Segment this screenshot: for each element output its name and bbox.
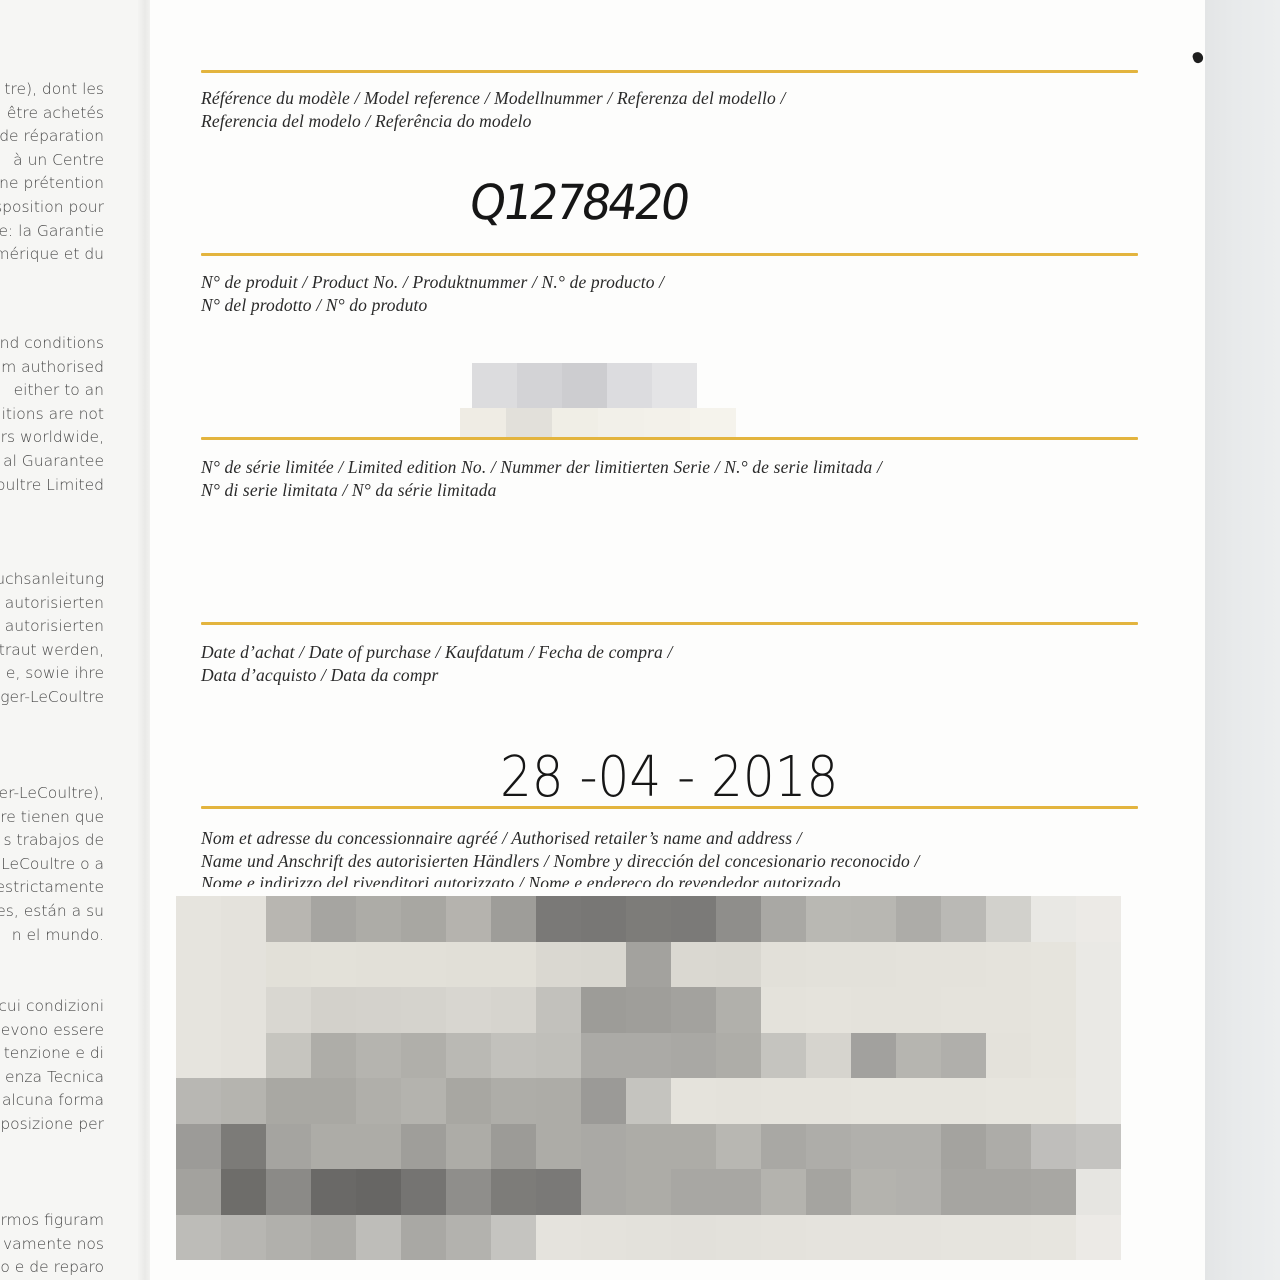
left-page-line: e, sowie ihre xyxy=(0,662,104,686)
redaction-cell xyxy=(806,1078,851,1124)
redaction-cell xyxy=(176,1124,221,1170)
left-page-line: al Guarantee xyxy=(0,450,104,474)
left-page-line: ger-LeCoultre xyxy=(0,686,104,710)
left-page-line: rs worldwide, xyxy=(0,426,104,450)
redaction-cell xyxy=(941,987,986,1033)
left-page-line: estrictamente xyxy=(0,876,104,900)
left-page-line: uchsanleitung xyxy=(0,568,104,592)
redaction-cell xyxy=(581,942,626,988)
left-page-line: re tienen que xyxy=(0,806,104,830)
redaction-cell xyxy=(761,1124,806,1170)
redaction-cell xyxy=(986,896,1031,942)
redaction-cell xyxy=(1076,1078,1121,1124)
redaction-cell xyxy=(607,363,652,408)
redaction-cell xyxy=(491,942,536,988)
redaction-cell xyxy=(221,1033,266,1079)
redaction-cell xyxy=(581,1033,626,1079)
redaction-cell xyxy=(552,408,598,438)
left-page-line: n el mundo. xyxy=(0,924,104,948)
left-page-line: rmos figuram xyxy=(0,1209,104,1233)
redaction-cell xyxy=(806,1169,851,1215)
redaction-cell xyxy=(446,1169,491,1215)
redaction-cell xyxy=(401,1124,446,1170)
redaction-cell xyxy=(986,1033,1031,1079)
redaction-cell xyxy=(311,896,356,942)
redaction-cell xyxy=(986,942,1031,988)
redaction-cell xyxy=(671,896,716,942)
redaction-cell xyxy=(851,1215,896,1261)
left-page-line: ne prétention xyxy=(0,172,104,196)
redaction-cell xyxy=(716,1078,761,1124)
redaction-cell xyxy=(356,1215,401,1261)
model-reference-label: Référence du modèle / Model reference / … xyxy=(201,87,785,132)
redaction-cell xyxy=(1031,942,1076,988)
redaction-cell xyxy=(1076,1215,1121,1261)
redaction-cell xyxy=(266,942,311,988)
redaction-cell xyxy=(671,1033,716,1079)
redaction-cell xyxy=(1076,987,1121,1033)
redaction-cell xyxy=(690,408,736,438)
redaction-cell xyxy=(896,987,941,1033)
redaction-cell xyxy=(806,942,851,988)
redaction-cell xyxy=(986,1124,1031,1170)
redaction-cell xyxy=(401,1215,446,1261)
redaction-cell xyxy=(896,896,941,942)
redaction-cell xyxy=(266,896,311,942)
redaction-cell xyxy=(266,1215,311,1261)
redaction-cell xyxy=(644,408,690,438)
left-page-line: alcuna forma xyxy=(0,1089,104,1113)
redaction-cell xyxy=(221,896,266,942)
redaction-cell xyxy=(221,1169,266,1215)
left-facing-page: tre), dont lesêtre achetésde réparationà… xyxy=(0,0,150,1280)
redaction-cell xyxy=(562,363,607,408)
redaction-cell xyxy=(311,1033,356,1079)
redaction-cell xyxy=(941,1033,986,1079)
limited-edition-label: N° de série limitée / Limited edition No… xyxy=(201,456,882,501)
redaction-cell xyxy=(761,1169,806,1215)
left-page-line: sposition pour xyxy=(0,196,104,220)
redaction-cell xyxy=(716,987,761,1033)
redaction-cell xyxy=(716,1124,761,1170)
redaction-cell xyxy=(221,1124,266,1170)
redaction-cell xyxy=(671,942,716,988)
redaction-cell xyxy=(652,363,697,408)
retailer-redaction xyxy=(176,896,1121,1260)
left-page-paragraph: er-LeCoultre),re tienen ques trabajos de… xyxy=(0,782,104,947)
redaction-cell xyxy=(806,987,851,1033)
product-number-label: N° de produit / Product No. / Produktnum… xyxy=(201,271,664,316)
redaction-cell xyxy=(446,1078,491,1124)
redaction-cell xyxy=(491,1124,536,1170)
left-page-paragraph: cui condizionievono esseretenzione e die… xyxy=(0,995,104,1137)
redaction-cell xyxy=(626,1215,671,1261)
redaction-cell xyxy=(581,1169,626,1215)
left-page-line: à un Centre xyxy=(0,149,104,173)
redaction-cell xyxy=(1031,1033,1076,1079)
left-page-line: LeCoultre o a xyxy=(0,853,104,877)
redaction-cell xyxy=(1031,1169,1076,1215)
left-page-line: mérique et du xyxy=(0,243,104,267)
product-number-redaction xyxy=(472,363,697,408)
left-page-line: tre), dont les xyxy=(0,78,104,102)
redaction-cell xyxy=(266,1033,311,1079)
left-page-line: enza Tecnica xyxy=(0,1066,104,1090)
redaction-cell xyxy=(266,1124,311,1170)
redaction-cell xyxy=(356,896,401,942)
redaction-cell xyxy=(626,1169,671,1215)
model-reference-value[interactable]: Q1278420 xyxy=(466,174,691,231)
left-page-paragraph: rmos figuramvamente noso e de reparo xyxy=(0,1209,104,1280)
redaction-cell xyxy=(761,942,806,988)
redaction-cell xyxy=(716,1033,761,1079)
redaction-cell xyxy=(491,987,536,1033)
redaction-cell xyxy=(761,896,806,942)
redaction-cell xyxy=(356,942,401,988)
redaction-cell xyxy=(506,408,552,438)
redaction-cell xyxy=(1031,1124,1076,1170)
redaction-cell xyxy=(851,1078,896,1124)
redaction-cell xyxy=(806,1124,851,1170)
left-page-line: e: la Garantie xyxy=(0,220,104,244)
redaction-cell xyxy=(356,1033,401,1079)
redaction-cell xyxy=(266,1169,311,1215)
redaction-cell xyxy=(176,1033,221,1079)
retailer-label: Nom et adresse du concessionnaire agréé … xyxy=(201,827,920,887)
redaction-cell xyxy=(626,942,671,988)
redaction-cell xyxy=(896,1078,941,1124)
redaction-cell xyxy=(716,942,761,988)
redaction-cell xyxy=(806,1033,851,1079)
redaction-cell xyxy=(1076,1124,1121,1170)
redaction-cell xyxy=(598,408,644,438)
redaction-cell xyxy=(176,942,221,988)
redaction-cell xyxy=(896,1124,941,1170)
redaction-cell xyxy=(446,1033,491,1079)
redaction-cell xyxy=(581,1215,626,1261)
left-page-paragraph: nd conditionsm authorisedeither to andit… xyxy=(0,332,104,497)
redaction-cell xyxy=(176,1215,221,1261)
left-page-line: evono essere xyxy=(0,1019,104,1043)
left-page-line: s trabajos de xyxy=(0,829,104,853)
redaction-cell xyxy=(581,1078,626,1124)
left-page-line: oultre Limited xyxy=(0,474,104,498)
right-background-edge xyxy=(1205,0,1280,1280)
redaction-cell xyxy=(536,1215,581,1261)
redaction-cell xyxy=(221,1215,266,1261)
redaction-cell xyxy=(401,1078,446,1124)
left-page-line: o e de reparo xyxy=(0,1256,104,1280)
redaction-cell xyxy=(311,1169,356,1215)
rule-top xyxy=(201,70,1138,73)
redaction-cell xyxy=(716,896,761,942)
redaction-cell xyxy=(941,1215,986,1261)
redaction-cell xyxy=(716,1169,761,1215)
redaction-cell xyxy=(176,896,221,942)
redaction-cell xyxy=(941,942,986,988)
left-page-line: either to an xyxy=(0,379,104,403)
redaction-cell xyxy=(581,896,626,942)
redaction-cell xyxy=(311,1215,356,1261)
redaction-cell xyxy=(536,987,581,1033)
redaction-cell xyxy=(491,1033,536,1079)
redaction-cell xyxy=(626,1033,671,1079)
redaction-cell xyxy=(896,1215,941,1261)
redaction-cell xyxy=(401,1169,446,1215)
redaction-cell xyxy=(626,1124,671,1170)
redaction-cell xyxy=(266,987,311,1033)
redaction-cell xyxy=(671,1078,716,1124)
redaction-cell xyxy=(896,942,941,988)
redaction-cell xyxy=(671,1215,716,1261)
redaction-cell xyxy=(446,896,491,942)
redaction-cell xyxy=(581,987,626,1033)
left-page-line: m authorised xyxy=(0,356,104,380)
redaction-cell xyxy=(221,942,266,988)
product-number-redaction-lower xyxy=(460,408,736,438)
left-page-line: posizione per xyxy=(0,1113,104,1137)
redaction-cell xyxy=(446,1215,491,1261)
redaction-cell xyxy=(536,1124,581,1170)
left-page-line: ditions are not xyxy=(0,403,104,427)
redaction-cell xyxy=(941,1124,986,1170)
redaction-cell xyxy=(1076,942,1121,988)
redaction-cell xyxy=(851,1124,896,1170)
redaction-cell xyxy=(311,942,356,988)
redaction-cell xyxy=(941,1078,986,1124)
redaction-cell xyxy=(1031,987,1076,1033)
redaction-cell xyxy=(986,1169,1031,1215)
redaction-cell xyxy=(761,1078,806,1124)
left-page-line: cui condizioni xyxy=(0,995,104,1019)
redaction-cell xyxy=(941,1169,986,1215)
redaction-cell xyxy=(1076,1169,1121,1215)
redaction-cell xyxy=(1076,896,1121,942)
redaction-cell xyxy=(851,1033,896,1079)
redaction-cell xyxy=(806,1215,851,1261)
redaction-cell xyxy=(446,1124,491,1170)
redaction-cell xyxy=(356,987,401,1033)
redaction-cell xyxy=(517,363,562,408)
redaction-cell xyxy=(401,1033,446,1079)
redaction-cell xyxy=(626,987,671,1033)
redaction-cell xyxy=(491,896,536,942)
redaction-cell xyxy=(1031,1078,1076,1124)
redaction-cell xyxy=(851,987,896,1033)
redaction-cell xyxy=(806,896,851,942)
redaction-cell xyxy=(671,1124,716,1170)
redaction-cell xyxy=(851,896,896,942)
redaction-cell xyxy=(716,1215,761,1261)
redaction-cell xyxy=(491,1169,536,1215)
redaction-cell xyxy=(671,1169,716,1215)
redaction-cell xyxy=(491,1215,536,1261)
left-page-line: autorisierten xyxy=(0,615,104,639)
left-page-paragraph: uchsanleitungautorisiertenautorisiertent… xyxy=(0,568,104,710)
redaction-cell xyxy=(446,987,491,1033)
redaction-cell xyxy=(536,942,581,988)
redaction-cell xyxy=(176,987,221,1033)
redaction-cell xyxy=(671,987,716,1033)
left-page-line: vamente nos xyxy=(0,1233,104,1257)
redaction-cell xyxy=(221,1078,266,1124)
redaction-cell xyxy=(176,1169,221,1215)
redaction-cell xyxy=(401,942,446,988)
redaction-cell xyxy=(1031,1215,1076,1261)
redaction-cell xyxy=(311,987,356,1033)
left-page-line: er-LeCoultre), xyxy=(0,782,104,806)
redaction-cell xyxy=(1076,1033,1121,1079)
redaction-cell xyxy=(761,1033,806,1079)
redaction-cell xyxy=(896,1169,941,1215)
redaction-cell xyxy=(401,987,446,1033)
redaction-cell xyxy=(221,987,266,1033)
redaction-cell xyxy=(851,1169,896,1215)
redaction-cell xyxy=(472,363,517,408)
redaction-cell xyxy=(1031,896,1076,942)
rule-limited-edition xyxy=(201,622,1138,625)
redaction-cell xyxy=(356,1124,401,1170)
redaction-cell xyxy=(311,1124,356,1170)
redaction-cell xyxy=(986,1215,1031,1261)
redaction-cell xyxy=(626,896,671,942)
redaction-cell xyxy=(311,1078,356,1124)
redaction-cell xyxy=(356,1169,401,1215)
redaction-cell xyxy=(491,1078,536,1124)
redaction-cell xyxy=(446,942,491,988)
left-page-line: traut werden, xyxy=(0,639,104,663)
redaction-cell xyxy=(851,942,896,988)
rule-model-reference xyxy=(201,253,1138,256)
left-page-line: autorisierten xyxy=(0,592,104,616)
redaction-cell xyxy=(536,1169,581,1215)
left-page-line: de réparation xyxy=(0,125,104,149)
redaction-cell xyxy=(986,1078,1031,1124)
redaction-cell xyxy=(761,987,806,1033)
page-fold xyxy=(138,0,150,1280)
purchase-date-value[interactable]: 28 -04 - 2018 xyxy=(500,745,838,810)
left-page-line: tenzione e di xyxy=(0,1042,104,1066)
left-page-paragraph: tre), dont lesêtre achetésde réparationà… xyxy=(0,78,104,267)
purchase-date-label: Date d’achat / Date of purchase / Kaufda… xyxy=(201,641,673,686)
redaction-cell xyxy=(536,896,581,942)
left-page-line: être achetés xyxy=(0,102,104,126)
redaction-cell xyxy=(986,987,1031,1033)
redaction-cell xyxy=(266,1078,311,1124)
redaction-cell xyxy=(401,896,446,942)
rule-purchase-date xyxy=(201,806,1138,809)
redaction-cell xyxy=(176,1078,221,1124)
redaction-cell xyxy=(896,1033,941,1079)
left-page-line: nd conditions xyxy=(0,332,104,356)
redaction-cell xyxy=(941,896,986,942)
redaction-cell xyxy=(460,408,506,438)
left-page-line: es, están a su xyxy=(0,900,104,924)
redaction-cell xyxy=(581,1124,626,1170)
rule-product-number xyxy=(201,437,1138,440)
redaction-cell xyxy=(356,1078,401,1124)
redaction-cell xyxy=(536,1078,581,1124)
redaction-cell xyxy=(536,1033,581,1079)
redaction-cell xyxy=(626,1078,671,1124)
redaction-cell xyxy=(761,1215,806,1261)
